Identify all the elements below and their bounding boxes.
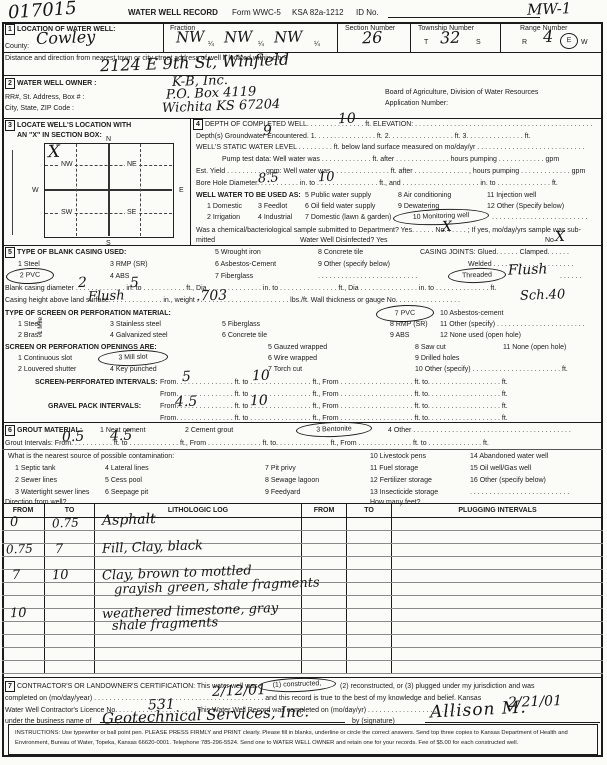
contamination-option-1: 1 Septic tank [15,464,55,473]
screen-option-10: 10 Asbestos-cement [440,309,503,318]
groundwater-depth-value: 9 [263,123,272,139]
use-option-12: 12 Other (Specify below) [487,202,564,211]
litho-cell-to2 [347,622,392,634]
litho-cell-to2 [347,531,392,543]
contamination-option-13: 13 Insecticide storage [370,488,438,497]
use-other-dots: . . . . . . . . . . . . . . . . . . . . … [492,213,587,222]
litho-cell-plug [392,583,603,595]
casing-option-5: 5 Wrought iron [215,248,261,257]
sec1-divider-1 [163,22,164,52]
id-no-label: ID No. [356,8,379,18]
business-name-underline [100,722,345,723]
section1-number: 1 [5,24,15,35]
litho-entry-3-from: 7 [12,568,21,583]
screen-to-value: 10 [252,368,270,385]
form-title: WATER WELL RECORD [128,8,218,18]
litho-cell-to [45,531,95,543]
pump-test-line: Pump test data: Well water was . . . . .… [222,155,559,164]
section7-number: 7 [5,681,15,692]
contamination-option-6: 6 Seepage pit [105,488,148,497]
casing-weight-value: .703 [196,287,228,304]
litho-cell-log [95,648,302,660]
id-no-blank-line [388,17,540,18]
instructions-box: INSTRUCTIONS: Use typewriter or ball poi… [8,724,598,755]
intervals-bottom-line [2,422,603,423]
litho-cell-from2 [302,635,347,647]
section-box-center-horizontal [45,189,172,191]
well-name-handwritten: MW-1 [527,0,572,19]
section2-title: WATER WELL OWNER : [17,79,96,88]
litho-cell-plug [392,596,603,608]
mitted-label: mitted [196,236,215,245]
litho-cell-to2 [347,544,392,556]
fraction-2-value: NW [224,28,253,47]
screen-material-title: TYPE OF SCREEN OR PERFORATION MATERIAL: [5,309,171,318]
opening-option-7: 7 Torch cut [268,365,302,374]
litho-cell-to2 [347,583,392,595]
opening-option-10: 10 Other (specify) . . . . . . . . . . .… [415,365,568,374]
screen-option-4: 4 Galvanized steel [110,331,168,340]
county-label: County: [5,42,29,51]
grout-option-4: 4 Other . . . . . . . . . . . . . . . . … [388,426,571,435]
disinfected-no-label: No [545,236,554,245]
disinfected-x-mark: X [555,229,566,245]
litho-row [2,557,603,570]
casing-option-6: 6 Asbestos-Cement [215,260,276,269]
litho-cell-plug [392,518,603,530]
groundwater-line: Depth(s) Groundwater Encountered. 1. . .… [196,132,531,141]
quarter-1: ¼ [208,40,214,49]
quadrant-ne-label: NE [125,161,139,169]
screen-option-3: 3 Stainless steel [110,320,161,329]
quadrant-nw-label: NW [59,161,75,169]
range-r-label: R [522,38,527,47]
screen-option-6: 6 Concrete tile [222,331,267,340]
litho-row [2,622,603,635]
sec1-divider-3 [410,22,411,52]
litho-cell-plug [392,544,603,556]
township-value: 32 [440,28,461,48]
use-option-4: 4 Industrial [258,213,292,222]
well-location-x-mark: X [48,142,61,162]
est-yield-line: Est. Yield . . . . . . . . . . gpm: Well… [196,167,585,176]
contamination-option-8: 8 Sewage lagoon [265,476,319,485]
litho-entry-1-desc: Asphalt [102,511,156,529]
sample-no-x-mark: X [442,219,453,235]
litho-header-to2: TO [347,504,392,517]
litho-cell-to [45,583,95,595]
sample-submitted-line: Was a chemical/bacteriological sample su… [196,226,581,235]
casing-option-9-dots: . . . . . . . . . . . . . . . . . . . . … [318,272,417,281]
township-s-label: S [476,38,481,47]
litho-cell-to [45,596,95,608]
litho-entry-4-from: 10 [10,606,27,622]
instructions-line1: INSTRUCTIONS: Use typewriter or ball poi… [15,730,568,738]
litho-cell-to [45,648,95,660]
contamination-16-dots: . . . . . . . . . . . . . . . . . . . . … [470,488,569,497]
litho-cell-to [45,635,95,647]
litho-entry-2-from: 0.75 [6,542,33,557]
section3-title: LOCATE WELL'S LOCATION WITH [17,121,131,130]
contamination-option-2: 2 Sewer lines [15,476,57,485]
litho-cell-from2 [302,544,347,556]
litho-cell-plug [392,622,603,634]
litho-cell-from2 [302,661,347,673]
section6-number: 6 [5,425,15,436]
litho-cell-log [95,661,302,673]
form-number: Form WWC-5 [232,8,281,18]
litho-cell-from [2,557,45,569]
litho-cell-plug [392,557,603,569]
screen-option-1: 1 Steel [18,320,40,329]
litho-row [2,661,603,674]
county-value: Cowley [36,27,96,48]
gravel-from-value: 4.5 [175,394,198,411]
litho-header-row: FROM TO LITHOLOGIC LOG FROM TO PLUGGING … [2,504,603,518]
range-w-label: W [581,38,588,47]
litho-header-from2: FROM [302,504,347,517]
litho-cell-plug [392,570,603,582]
sec1-divider-4 [500,22,501,52]
mile-arrow-line [12,150,13,235]
litho-row [2,596,603,609]
opening-option-11: 11 None (open hole) [503,343,566,352]
litho-cell-to [45,557,95,569]
litho-entry-2-to: 7 [55,542,64,557]
screen-option-8: 8 RMP (SR) [390,320,428,329]
depth-completed-value: 10 [338,111,356,128]
grout-option-2: 2 Cement grout [185,426,233,435]
grout-divider-line [2,449,603,450]
section-box-dash-v2 [140,144,141,236]
screen-intervals-row1: From. . . . . . . . . . . . . . . ft. to… [160,378,508,387]
casing-option-8: 8 Concrete tile [318,248,363,257]
contamination-option-15: 15 Oil well/Gas well [470,464,531,473]
screen-from-value: 5 [182,369,191,385]
litho-cell-from2 [302,609,347,621]
screen-intervals-label: SCREEN-PERFORATED INTERVALS: [35,378,158,387]
screen-option-5: 5 Fiberglass [222,320,260,329]
screen-option-12: 12 None used (open hole) [440,331,521,340]
contamination-option-10: 10 Livestock pens [370,452,426,461]
contamination-option-7: 7 Pit privy [265,464,296,473]
use-title: WELL WATER TO BE USED AS: [196,191,301,200]
threaded-flush-value: Flush [508,261,548,278]
section-box-dash-v1 [76,144,77,236]
contamination-option-4: 4 Lateral lines [105,464,149,473]
completed-date-value: 2/12/01 [212,682,267,700]
use-option-6: 6 Oil field water supply [305,202,375,211]
board-of-agriculture-label: Board of Agriculture, Division of Water … [385,88,538,97]
screen-intervals-row2: From. . . . . . . . . . . . . . . ft. to… [160,390,508,399]
casing-option-9: 9 Other (specify below) [318,260,390,269]
litho-cell-to2 [347,648,392,660]
casing-joints-label: CASING JOINTS: Glued. . . . . . Clamped.… [420,248,569,257]
litho-header-from1: FROM [2,504,45,517]
litho-cell-to [45,544,95,556]
litho-row [2,635,603,648]
range-value: 4 [543,27,554,46]
litho-cell-to [45,661,95,673]
litho-row [2,518,603,531]
litho-cell-log [95,635,302,647]
compass-s-label: S [106,239,111,248]
litho-cell-from [2,583,45,595]
section-box-diagram: NW NE SW SE X 1 Mile [44,143,174,238]
quadrant-sw-label: SW [59,209,74,217]
use-option-1: 1 Domestic [207,202,242,211]
litho-cell-to [45,622,95,634]
quarter-2: ¼ [258,40,264,49]
bore-diameter-value: 8.5 [258,171,279,187]
screen-option-9: 9 ABS [390,331,409,340]
static-level-line: WELL'S STATIC WATER LEVEL . . . . . . . … [196,143,584,152]
litho-cell-from2 [302,531,347,543]
contamination-option-3: 3 Watertight sewer lines [15,488,89,497]
litho-cell-to2 [347,557,392,569]
use-option-5: 5 Public water supply [305,191,371,200]
use-option-7: 7 Domestic (lawn & garden) [305,213,391,222]
litho-row [2,531,603,544]
quarter-3: ¼ [314,40,320,49]
grout-to-value: 4.5 [110,428,133,445]
litho-cell-from [2,622,45,634]
casing-diameter-value: 2 [78,275,87,291]
casing-option-7: 7 Fiberglass [215,272,253,281]
litho-cell-plug [392,661,603,673]
litho-cell-to [45,609,95,621]
section3-subtitle: AN "X" IN SECTION BOX: [17,131,102,140]
casing-height-value: Flush [88,288,125,304]
gravel-intervals-label: GRAVEL PACK INTERVALS: [48,402,141,411]
litho-cell-plug [392,609,603,621]
litho-cell-from [2,635,45,647]
section5-number: 5 [5,247,15,258]
contamination-option-16: 16 Other (specify below) [470,476,546,485]
section-number-value: 26 [362,28,383,48]
opening-option-1: 1 Continuous slot [18,354,72,363]
litho-cell-plug [392,648,603,660]
gravel-intervals-row1: From. . . . . . . . . . . . . . . ft. to… [160,402,508,411]
litho-entry-3-to: 10 [52,568,69,584]
opening-option-5: 5 Gauzed wrapped [268,343,327,352]
litho-cell-from2 [302,622,347,634]
threaded-dots: . . . . . . [560,272,581,281]
litho-cell-to2 [347,518,392,530]
bore-to-value: 10 [318,170,335,186]
litho-cell-to2 [347,661,392,673]
bore-hole-line: Bore Hole Diameter. . . . . . . . . . . … [196,179,558,188]
contamination-option-11: 11 Fuel storage [370,464,418,473]
fraction-1-value: NW [176,28,205,47]
opening-option-8: 8 Saw cut [415,343,446,352]
section5-title: TYPE OF BLANK CASING USED: [17,248,126,257]
litho-cell-plug [392,635,603,647]
litho-cell-to2 [347,570,392,582]
application-number-label: Application Number: [385,99,448,108]
litho-row [2,544,603,557]
litho-entry-1-to: 0.75 [52,516,79,531]
sec1-divider-2 [337,22,338,52]
owner-city-label: City, State, ZIP Code : [5,104,74,113]
litho-row [2,609,603,622]
compass-e-label: E [179,186,184,195]
litho-table-rows [2,518,603,674]
litho-cell-from2 [302,518,347,530]
litho-cell-to2 [347,635,392,647]
casing-option-3: 3 RMP (SR) [110,260,148,269]
litho-entry-1-from: 0 [10,515,19,530]
use-option-11: 11 Injection well [487,191,536,200]
litho-cell-from [2,518,45,530]
serial-number-handwritten: 017015 [7,0,77,23]
section3-number: 3 [5,120,15,131]
contamination-option-9: 9 Feedyard [265,488,300,497]
use-option-2: 2 Irrigation [207,213,240,222]
compass-w-label: W [32,186,39,195]
use-option-3: 3 Feedlot [258,202,287,211]
litho-cell-from [2,661,45,673]
instructions-line2: Environment, Bureau of Water, Topeka, Ka… [15,740,518,748]
contamination-option-12: 12 Fertilizer storage [370,476,432,485]
distance-bottom-line [2,75,603,76]
casing-diameter-to-value: 5 [130,275,139,291]
sec1-bottom-line [2,52,603,53]
township-t-label: T [424,38,428,47]
sec4-bottom-line [2,245,603,246]
use-option-8: 8 Air conditioning [398,191,451,200]
litho-cell-to2 [347,609,392,621]
section4-number: 4 [193,119,203,130]
sec2-bottom-line [2,118,603,119]
litho-cell-from2 [302,557,347,569]
opening-option-9: 9 Drilled holes [415,354,459,363]
water-well-record-form: 017015 WATER WELL RECORD Form WWC-5 KSA … [0,0,607,765]
owner-address-label: RR#, St. Address, Box # : [5,93,84,102]
litho-row [2,648,603,661]
litho-header-plug: PLUGGING INTERVALS [392,504,603,517]
disinfected-label: Water Well Disinfected? Yes [300,236,388,245]
litho-cell-from [2,648,45,660]
opening-option-4: 4 Key punched [110,365,157,374]
contamination-title: What is the nearest source of possible c… [8,452,174,461]
litho-cell-to2 [347,596,392,608]
litho-cell-from2 [302,596,347,608]
certification-line1b: (2) reconstructed, or (3) plugged under … [340,682,535,691]
fraction-3-value: NW [274,28,303,47]
casing-height-line: Casing height above land surface. . . . … [5,296,460,305]
grout-from-value: 0.5 [62,429,85,446]
screen-option-2: 2 Brass [18,331,42,340]
opening-option-6: 6 Wire wrapped [268,354,317,363]
gauge-value: Sch.40 [520,287,566,304]
opening-option-2: 2 Louvered shutter [18,365,76,374]
statute-ref: KSA 82a-1212 [292,8,344,18]
sec3-sec4-divider [190,118,191,245]
casing-option-4: 4 ABS [110,272,129,281]
section2-number: 2 [5,78,15,89]
litho-cell-from2 [302,648,347,660]
contamination-option-5: 5 Cess pool [105,476,142,485]
contamination-option-14: 14 Abandoned water well [470,452,548,461]
gravel-to-value: 10 [250,393,268,410]
signature-underline [425,722,600,723]
screen-option-11: 11 Other (specify) . . . . . . . . . . .… [440,320,585,329]
litho-cell-from [2,570,45,582]
quadrant-se-label: SE [125,209,138,217]
litho-cell-plug [392,531,603,543]
